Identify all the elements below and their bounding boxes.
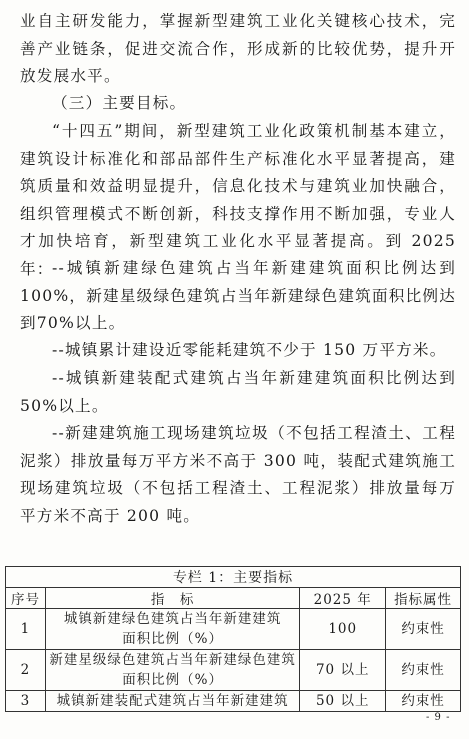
indicator-line-1: 城镇新建绿色建筑占当年新建建筑 [48,609,297,629]
paragraph-intro-continuation: 业自主研发能力，掌握新型建筑工业化关键核心技术，完善产业链条，促进交流合作，形成… [20,8,456,91]
column-header-attribute: 指标属性 [386,588,461,609]
column-header-number: 序号 [6,588,46,609]
table-row: 1 城镇新建绿色建筑占当年新建建筑 面积比例（%） 100 约束性 [6,609,461,650]
row-attribute: 约束性 [386,609,461,650]
indicator-line-2: 面积比例（%） [48,670,297,690]
paragraph-green-building-goal: --城镇新建绿色建筑占当年新建建筑面积比例达到100%，新建星级绿色建筑占当年新… [20,255,456,338]
paragraph-construction-waste-goal: --新建建筑施工现场建筑垃圾（不包括工程渣土、工程泥浆）排放量每万平方米不高于 … [20,420,456,530]
column-header-indicator: 指 标 [45,588,299,609]
row-target: 50 以上 [300,691,386,712]
row-number: 3 [6,691,46,712]
row-indicator: 城镇新建绿色建筑占当年新建建筑 面积比例（%） [45,609,299,650]
indicator-line-1: 新建星级绿色建筑占当年新建绿色建筑 [48,650,297,670]
row-number: 2 [6,650,46,691]
row-indicator: 城镇新建装配式建筑占当年新建建筑 [45,691,299,712]
indicator-line-2: 面积比例（%） [48,629,297,649]
row-target: 70 以上 [300,650,386,691]
table-row: 3 城镇新建装配式建筑占当年新建建筑 50 以上 约束性 [6,691,461,712]
row-attribute: 约束性 [386,650,461,691]
row-target: 100 [300,609,386,650]
row-number: 1 [6,609,46,650]
column-header-2025: 2025 年 [300,588,386,609]
main-indicators-table: 专栏 1：主要指标 序号 指 标 2025 年 指标属性 1 城镇新建绿色建筑占… [5,566,461,712]
paragraph-near-zero-energy-goal: --城镇累计建设近零能耗建筑不少于 150 万平方米。 [20,337,456,365]
paragraph-prefab-building-goal: --城镇新建装配式建筑占当年新建建筑面积比例达到50%以上。 [20,365,456,420]
table-row: 2 新建星级绿色建筑占当年新建绿色建筑 面积比例（%） 70 以上 约束性 [6,650,461,691]
table-title: 专栏 1：主要指标 [6,567,461,588]
page-number: - 9 - [426,712,450,723]
document-page: 业自主研发能力，掌握新型建筑工业化关键核心技术，完善产业链条，促进交流合作，形成… [0,0,469,739]
row-indicator: 新建星级绿色建筑占当年新建绿色建筑 面积比例（%） [45,650,299,691]
row-attribute: 约束性 [386,691,461,712]
section-heading-main-goals: （三）主要目标。 [20,90,456,118]
